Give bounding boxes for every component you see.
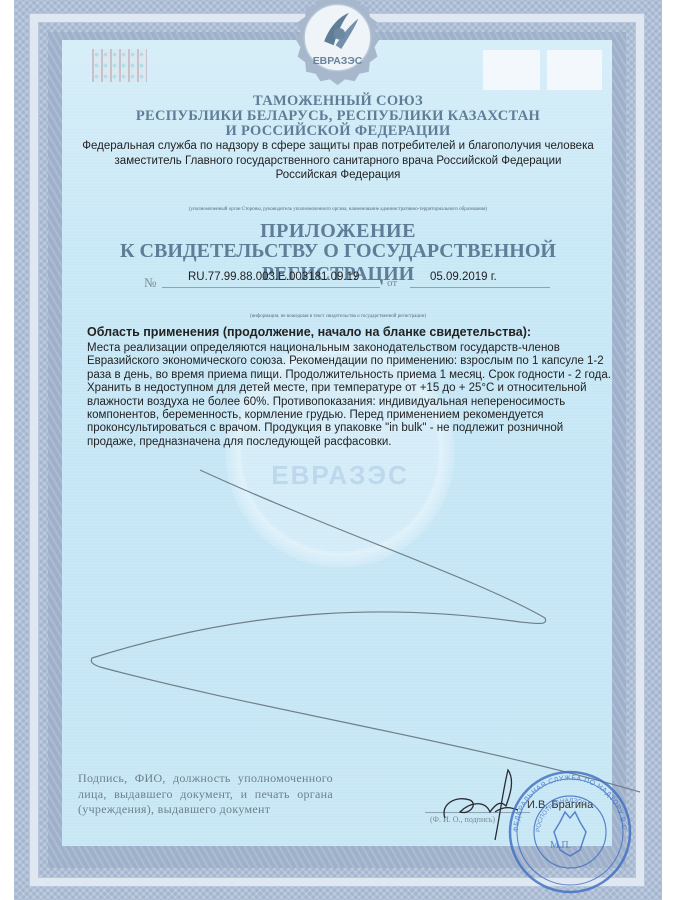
blank-box-right: [547, 50, 602, 90]
emblem-label: ЕВРАЗЭС: [313, 56, 363, 67]
scope-line: влажности воздуха не более 60%. Противоп…: [87, 396, 612, 409]
scope-line: Места реализации определяются национальн…: [87, 342, 612, 355]
authority-hint: (уполномоченный орган Стороны, руководит…: [62, 207, 614, 212]
authority-country: Российская Федерация: [62, 168, 614, 183]
issuer-header: ТАМОЖЕННЫЙ СОЮЗ РЕСПУБЛИКИ БЕЛАРУСЬ, РЕС…: [62, 94, 614, 183]
registration-row: № RU.77.99.88.003.E.003181.09.19 от 05.0…: [140, 270, 610, 290]
eurasec-emblem-icon: ЕВРАЗЭС: [290, 0, 385, 87]
scope-line: проконсультироваться с врачом. Продукция…: [87, 422, 612, 435]
hologram-strip: [92, 49, 147, 82]
signature-underline: [425, 812, 530, 813]
signature-caption: Подпись, ФИО, должность уполномоченного …: [78, 771, 333, 818]
signer-name: И.В. Брагина: [527, 799, 593, 811]
date-underline: [410, 287, 550, 288]
signature-hint: (Ф. И. О., подпись): [430, 815, 495, 824]
number-underline: [162, 287, 380, 288]
scope-line: Евразийского экономического союза. Реком…: [87, 355, 612, 368]
info-hint: (информация, не вошедшая в текст свидете…: [62, 314, 614, 319]
date-label: от: [387, 277, 397, 289]
scope-line: компонентов, беременность, кормление гру…: [87, 409, 612, 422]
union-members-2: И РОССИЙСКОЙ ФЕДЕРАЦИИ: [62, 124, 614, 139]
authority-name: Федеральная служба по надзору в сфере за…: [62, 139, 614, 154]
scope-body: Места реализации определяются национальн…: [87, 342, 612, 449]
registration-number: RU.77.99.88.003.E.003181.09.19: [188, 271, 359, 283]
blank-box-left: [483, 50, 540, 90]
scope-line: продаже, предназначена для последующей р…: [87, 436, 612, 449]
scope-section: Область применения (продолжение, начало …: [87, 325, 617, 449]
watermark-label: ЕВРАЗЭС: [225, 460, 455, 491]
registration-date: 05.09.2019 г.: [430, 271, 497, 283]
union-members: РЕСПУБЛИКИ БЕЛАРУСЬ, РЕСПУБЛИКИ КАЗАХСТА…: [62, 109, 614, 124]
scope-title: Область применения (продолжение, начало …: [87, 325, 617, 340]
scope-line: раза в день, во время приема пищи. Продо…: [87, 369, 612, 382]
number-label: №: [144, 275, 156, 291]
scope-line: Хранить в недоступном для детей месте, п…: [87, 382, 612, 395]
authority-position: заместитель Главного государственного са…: [62, 154, 614, 169]
union-title: ТАМОЖЕННЫЙ СОЮЗ: [62, 94, 614, 109]
